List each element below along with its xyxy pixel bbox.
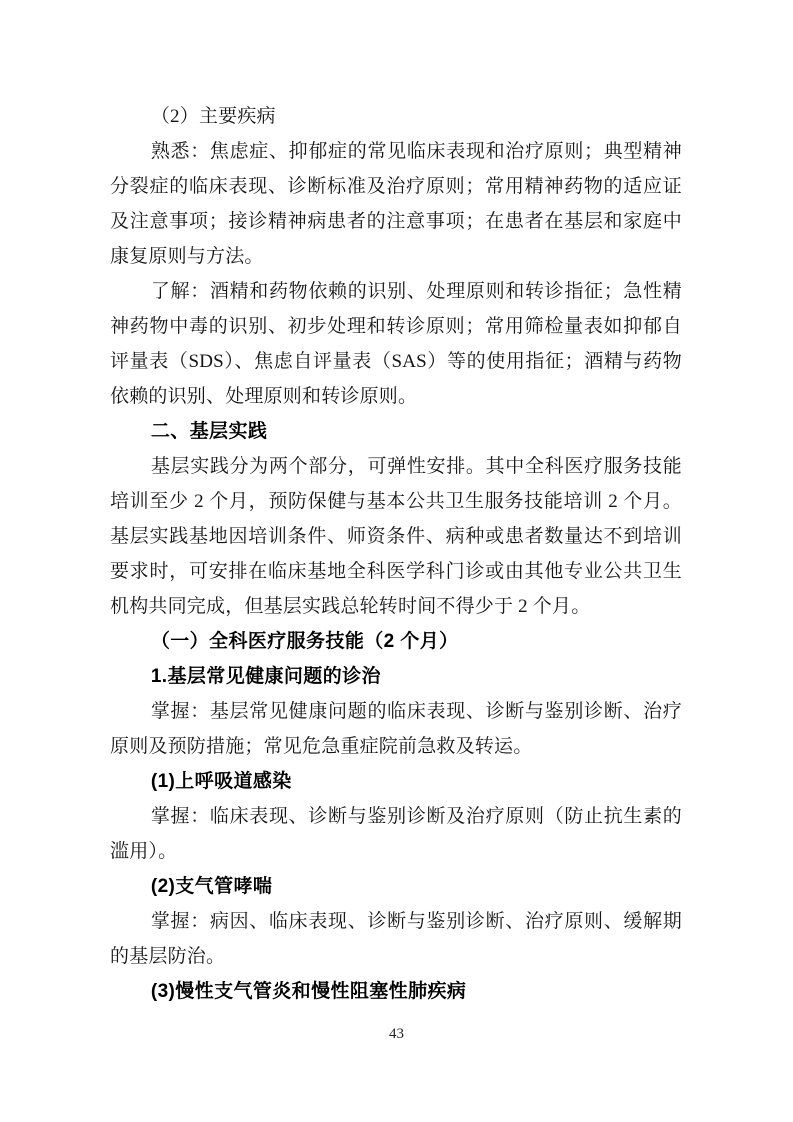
para-familiar-psychiatric: 熟悉：焦虑症、抑郁症的常见临床表现和治疗原则；典型精神分裂症的临床表现、诊断标准…: [110, 134, 682, 274]
heading-common-health-problems: 1.基层常见健康问题的诊治: [110, 659, 682, 694]
para-master-asthma: 掌握：病因、临床表现、诊断与鉴别诊断、治疗原则、缓解期的基层防治。: [110, 904, 682, 974]
heading-grassroots-practice: 二、基层实践: [110, 414, 682, 449]
subheading-main-diseases: （2）主要疾病: [110, 99, 682, 134]
document-body: （2）主要疾病 熟悉：焦虑症、抑郁症的常见临床表现和治疗原则；典型精神分裂症的临…: [110, 99, 682, 1009]
para-master-common-health: 掌握：基层常见健康问题的临床表现、诊断与鉴别诊断、治疗原则及预防措施；常见危急重…: [110, 694, 682, 764]
para-master-uri: 掌握：临床表现、诊断与鉴别诊断及治疗原则（防止抗生素的滥用）。: [110, 799, 682, 869]
heading-general-medical-skills: （一）全科医疗服务技能（2 个月）: [110, 624, 682, 659]
heading-bronchial-asthma: (2)支气管哮喘: [110, 869, 682, 904]
heading-chronic-bronchitis-copd: (3)慢性支气管炎和慢性阻塞性肺疾病: [110, 974, 682, 1009]
document-page: （2）主要疾病 熟悉：焦虑症、抑郁症的常见临床表现和治疗原则；典型精神分裂症的临…: [0, 0, 793, 1122]
para-understand-dependence: 了解：酒精和药物依赖的识别、处理原则和转诊指征；急性精神药物中毒的识别、初步处理…: [110, 274, 682, 414]
heading-upper-respiratory-infection: (1)上呼吸道感染: [110, 764, 682, 799]
page-number: 43: [0, 1024, 793, 1044]
para-grassroots-overview: 基层实践分为两个部分，可弹性安排。其中全科医疗服务技能培训至少 2 个月，预防保…: [110, 449, 682, 624]
